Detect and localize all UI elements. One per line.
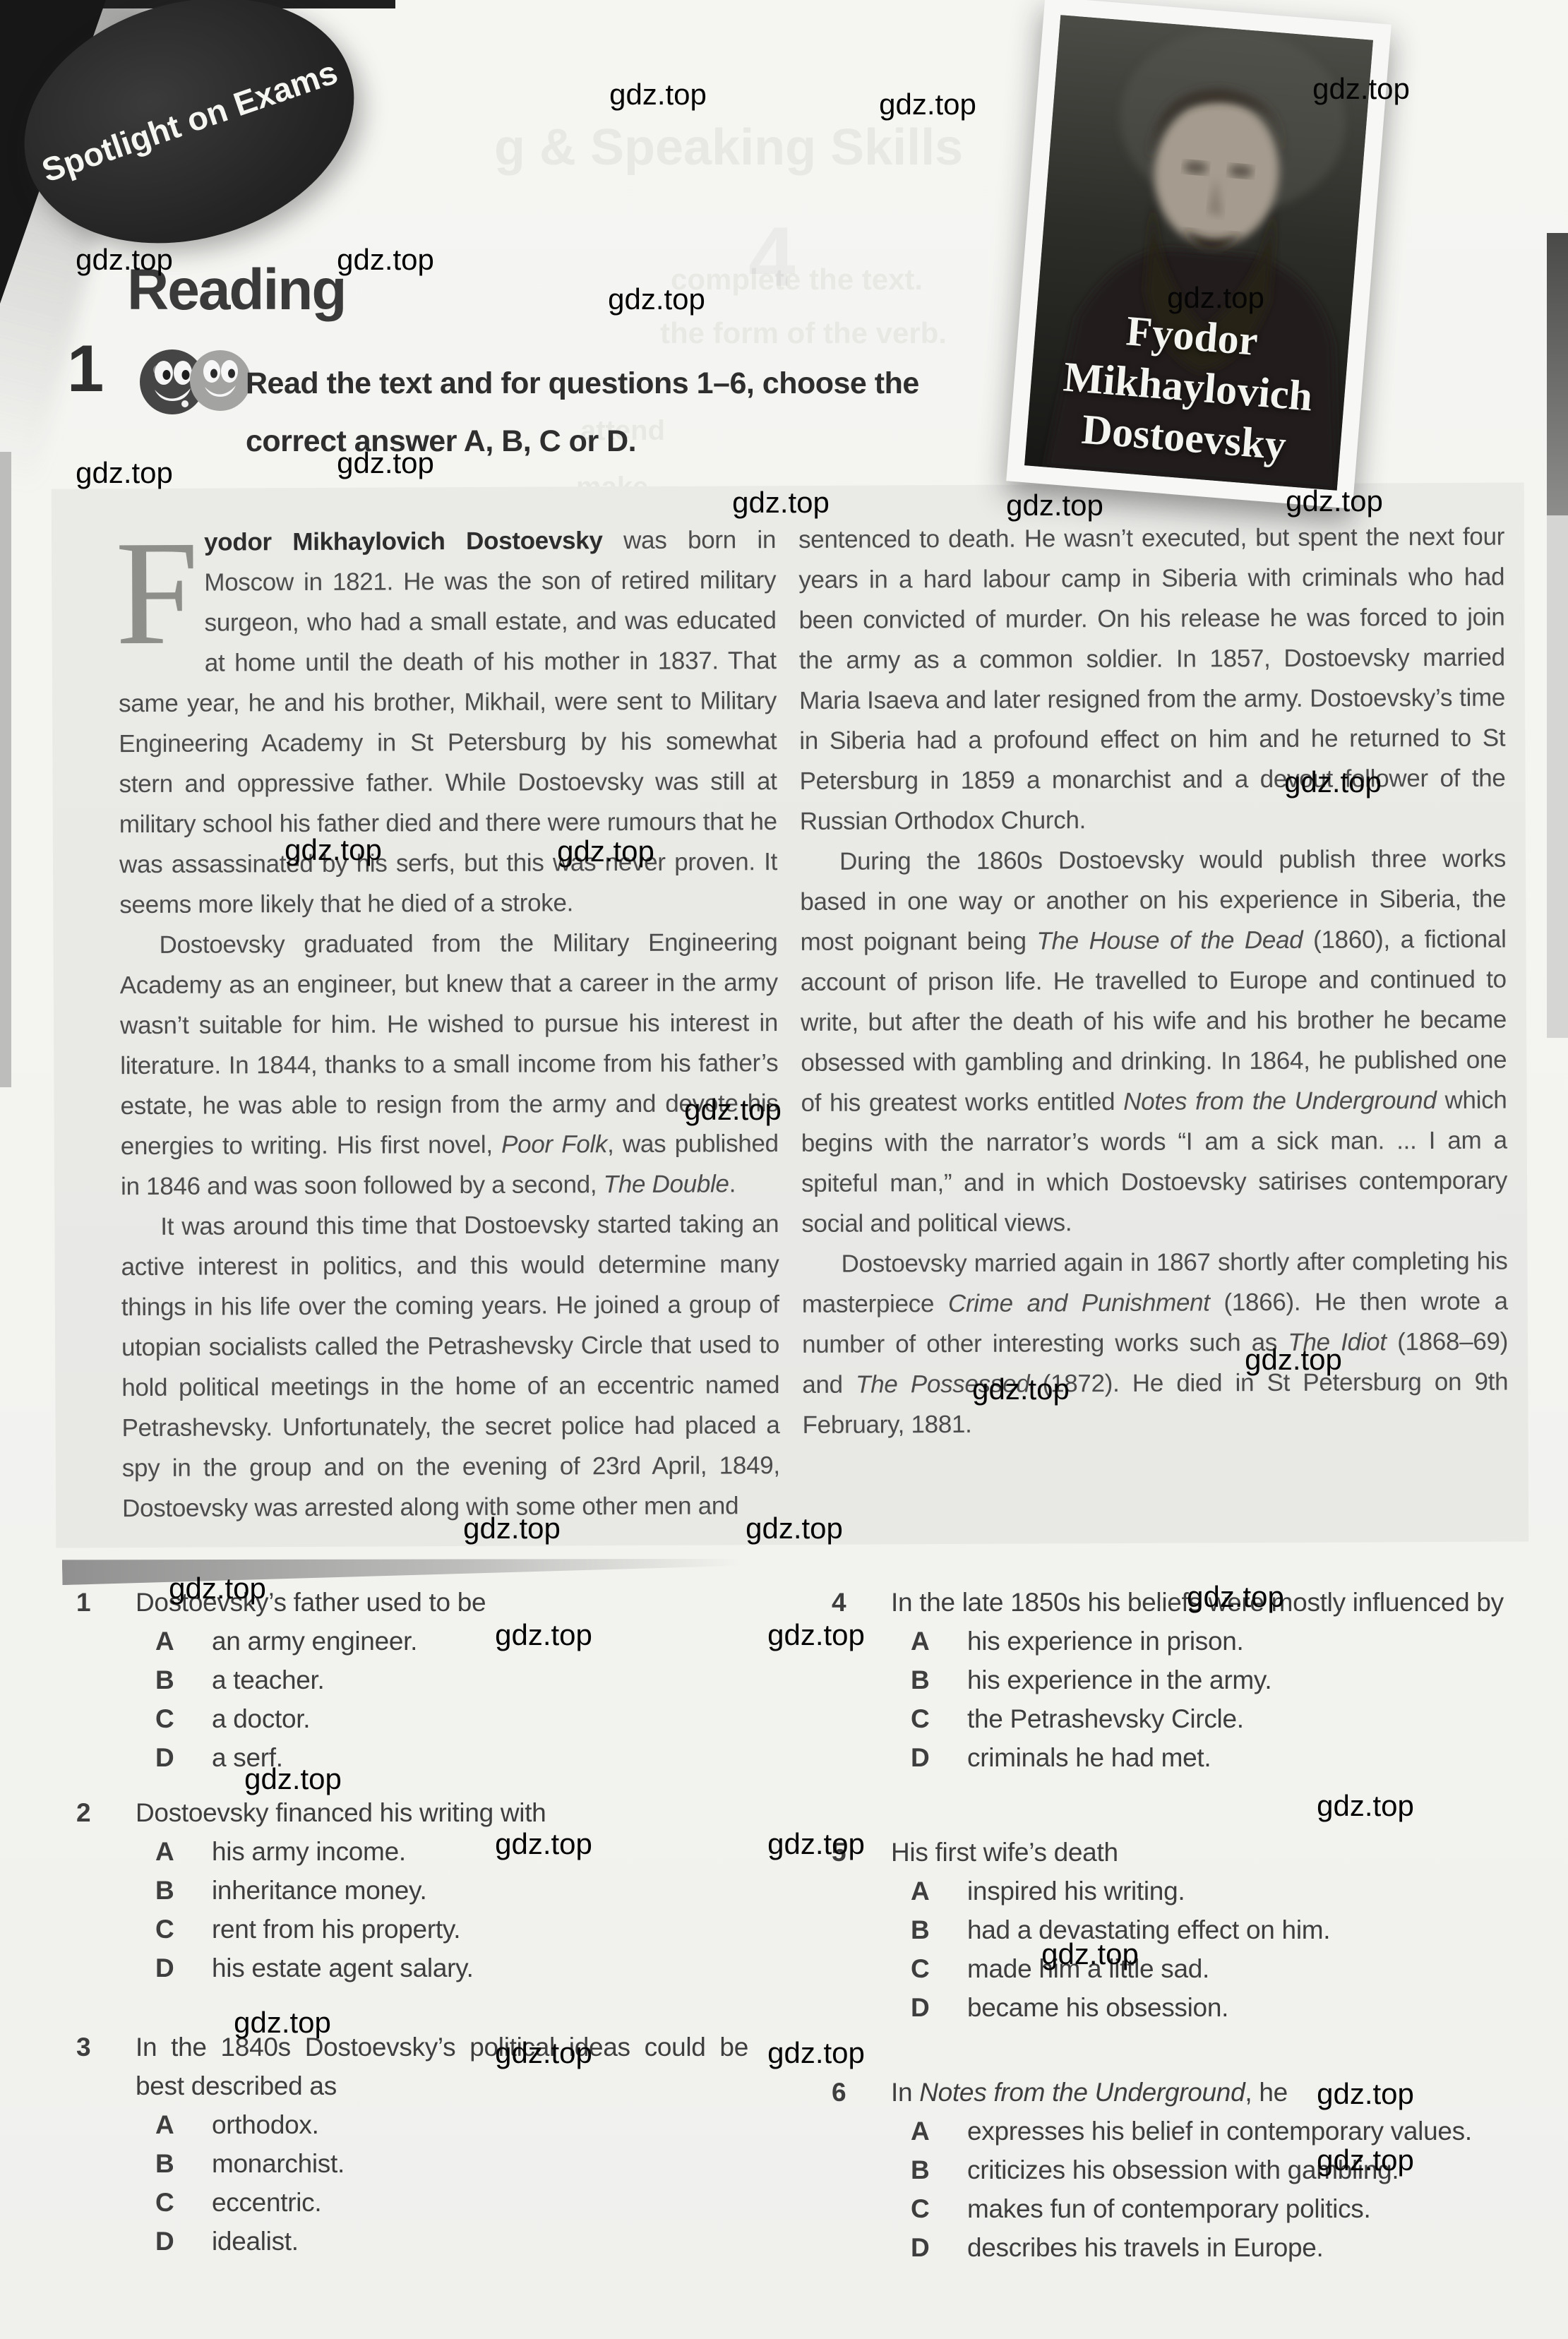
passage-paragraph: During the 1860s Dostoevsky would publis…	[800, 839, 1507, 1244]
gdz-watermark: gdz.top	[337, 446, 434, 480]
option-text: monarchist.	[212, 2144, 748, 2183]
gdz-watermark: gdz.top	[1041, 1937, 1139, 1971]
option-text: inspired his writing.	[967, 1872, 1504, 1910]
option-text: his estate agent salary.	[212, 1949, 748, 1987]
question-stem: Dostoevsky financed his writing with	[136, 1793, 748, 1832]
question-block-5: 5 His first wife’s death Ainspired his w…	[832, 1833, 1504, 2027]
option-letter: B	[911, 1910, 967, 1949]
exercise-number: 1	[67, 330, 104, 407]
gdz-watermark: gdz.top	[684, 1093, 782, 1127]
option-text: inheritance money.	[212, 1871, 748, 1910]
option-letter: A	[155, 1832, 212, 1871]
option-text: makes fun of contemporary politics.	[967, 2189, 1504, 2228]
option-letter: C	[911, 1699, 967, 1738]
answer-option-D: Dhis estate agent salary.	[155, 1949, 748, 1987]
gdz-watermark: gdz.top	[767, 2036, 865, 2070]
text-segment: was born in Moscow in 1821. He was the s…	[119, 526, 777, 919]
question-number: 1	[76, 1583, 136, 1622]
gdz-watermark: gdz.top	[732, 486, 830, 520]
text-segment: Poor Folk	[501, 1130, 607, 1159]
option-letter: C	[155, 1910, 212, 1949]
option-letter: C	[911, 2189, 967, 2228]
option-text: criticizes his obsession with gambling.	[967, 2150, 1504, 2189]
answer-option-D: Ddescribes his travels in Europe.	[911, 2228, 1504, 2267]
option-text: criminals he had met.	[967, 1738, 1504, 1777]
gdz-watermark: gdz.top	[234, 2006, 331, 2040]
question-number: 6	[832, 2073, 891, 2112]
text-segment: Notes from the Underground	[1123, 1087, 1437, 1115]
gdz-watermark: gdz.top	[337, 243, 434, 277]
gdz-watermark: gdz.top	[463, 1512, 561, 1545]
option-letter: B	[155, 2144, 212, 2183]
gdz-watermark: gdz.top	[557, 834, 654, 868]
option-text: orthodox.	[212, 2105, 748, 2144]
passage-paragraph: Dostoevsky graduated from the Military E…	[119, 922, 779, 1207]
option-text: eccentric.	[212, 2183, 748, 2222]
gdz-watermark: gdz.top	[1245, 1343, 1342, 1377]
gdz-watermark: gdz.top	[767, 1618, 865, 1652]
answer-option-A: Ainspired his writing.	[911, 1872, 1504, 1910]
gdz-watermark: gdz.top	[972, 1372, 1070, 1406]
gdz-watermark: gdz.top	[1317, 2077, 1414, 2111]
page-left-edge-shadow	[0, 452, 11, 1087]
answer-option-C: Cmakes fun of contemporary politics.	[911, 2189, 1504, 2228]
option-letter: D	[911, 2228, 967, 2267]
option-letter: A	[155, 1622, 212, 1661]
gdz-watermark: gdz.top	[746, 1512, 843, 1545]
option-text: his army income.	[212, 1832, 748, 1871]
text-segment: yodor Mikhaylovich Dostoevsky	[204, 527, 603, 556]
text-segment: .	[729, 1170, 736, 1197]
passage-paragraph: Dostoevsky married again in 1867 shortly…	[801, 1241, 1508, 1445]
answer-option-A: Aan army engineer.	[155, 1622, 748, 1661]
text-segment: In the 1840s Dostoevsky’s political idea…	[136, 2033, 748, 2100]
answer-option-B: Binheritance money.	[155, 1871, 748, 1910]
badge-label: Spotlight on Exams	[37, 52, 342, 190]
gdz-watermark: gdz.top	[879, 88, 976, 121]
option-letter: C	[911, 1949, 967, 1988]
question-number: 2	[76, 1793, 136, 1832]
option-letter: A	[911, 1622, 967, 1661]
option-letter: D	[155, 2222, 212, 2261]
answer-option-C: Cthe Petrashevsky Circle.	[911, 1699, 1504, 1738]
option-letter: B	[911, 1661, 967, 1699]
answer-option-D: Didealist.	[155, 2222, 748, 2261]
option-text: expresses his belief in contemporary val…	[967, 2112, 1504, 2150]
answer-option-C: Crent from his property.	[155, 1910, 748, 1949]
answer-option-A: Ahis army income.	[155, 1832, 748, 1871]
passage-paragraph: sentenced to death. He wasn’t executed, …	[798, 517, 1506, 842]
drop-cap: F	[115, 527, 191, 683]
passage-column-left: Fyodor Mikhaylovich Dostoevsky was born …	[118, 520, 780, 1529]
gdz-watermark: gdz.top	[1317, 2143, 1414, 2177]
question-number: 3	[76, 2028, 136, 2105]
gdz-watermark: gdz.top	[169, 1572, 266, 1605]
gdz-watermark: gdz.top	[767, 1827, 865, 1861]
gdz-watermark: gdz.top	[495, 2036, 592, 2070]
text-segment: It was around this time that Dostoevsky …	[121, 1210, 779, 1522]
page-right-edge-dark	[1547, 233, 1568, 515]
difficulty-smileys-icon	[137, 343, 258, 418]
option-letter: D	[911, 1988, 967, 2027]
option-letter: B	[155, 1661, 212, 1699]
question-stem: His first wife’s death	[891, 1833, 1504, 1872]
text-segment: sentenced to death. He wasn’t executed, …	[798, 523, 1506, 835]
question-block-1: 1 Dostoevsky’s father used to be Aan arm…	[76, 1583, 748, 1777]
bleed-through-text: complete the text.	[671, 263, 923, 297]
photo-caption: Fyodor Mikhaylovich Dostoevsky	[1026, 298, 1351, 475]
answer-option-C: Cmade him a little sad.	[911, 1949, 1504, 1988]
text-segment: Dostoevsky graduated from the Military E…	[120, 928, 779, 1160]
option-text: rent from his property.	[212, 1910, 748, 1949]
bleed-through-text: the form of the verb.	[660, 316, 947, 350]
gdz-watermark: gdz.top	[1317, 1789, 1414, 1823]
answer-option-D: Dbecame his obsession.	[911, 1988, 1504, 2027]
answer-options: Aan army engineer.Ba teacher.Ca doctor.D…	[155, 1622, 748, 1777]
answer-options: Aexpresses his belief in contemporary va…	[911, 2112, 1504, 2267]
question-stem: In the 1840s Dostoevsky’s political idea…	[136, 2028, 748, 2105]
option-letter: B	[155, 1871, 212, 1910]
gdz-watermark: gdz.top	[1312, 72, 1410, 106]
gdz-watermark: gdz.top	[1167, 281, 1264, 315]
option-text: became his obsession.	[967, 1988, 1504, 2027]
option-text: the Petrashevsky Circle.	[967, 1699, 1504, 1738]
gdz-watermark: gdz.top	[244, 1762, 342, 1796]
option-letter: B	[911, 2150, 967, 2189]
answer-option-B: Ba teacher.	[155, 1661, 748, 1699]
passage-paragraph: Fyodor Mikhaylovich Dostoevsky was born …	[118, 520, 777, 925]
answer-option-B: Bmonarchist.	[155, 2144, 748, 2183]
answer-options: Ahis army income.Binheritance money.Cren…	[155, 1832, 748, 1987]
answer-option-D: Dcriminals he had met.	[911, 1738, 1504, 1777]
option-text: an army engineer.	[212, 1622, 748, 1661]
text-segment: , he	[1245, 2078, 1288, 2107]
passage-paragraph: It was around this time that Dostoevsky …	[121, 1204, 780, 1529]
answer-option-C: Ca doctor.	[155, 1699, 748, 1738]
option-letter: A	[911, 1872, 967, 1910]
text-segment: His first wife’s death	[891, 1838, 1118, 1867]
page-right-edge-light	[1547, 515, 1568, 1038]
option-letter: D	[911, 1738, 967, 1777]
option-text: his experience in prison.	[967, 1622, 1504, 1661]
gdz-watermark: gdz.top	[1187, 1580, 1284, 1614]
gdz-watermark: gdz.top	[608, 282, 705, 316]
option-letter: C	[155, 1699, 212, 1738]
answer-option-B: Bhad a devastating effect on him.	[911, 1910, 1504, 1949]
passage-column-right: sentenced to death. He wasn’t executed, …	[798, 517, 1509, 1445]
option-text: a doctor.	[212, 1699, 748, 1738]
gdz-watermark: gdz.top	[1286, 484, 1383, 518]
gdz-watermark: gdz.top	[76, 243, 173, 277]
gdz-watermark: gdz.top	[495, 1827, 592, 1861]
option-text: idealist.	[212, 2222, 748, 2261]
text-segment: Dostoevsky financed his writing with	[136, 1798, 546, 1827]
answer-option-B: Bcriticizes his obsession with gambling.	[911, 2150, 1504, 2189]
answer-options: Ahis experience in prison.Bhis experienc…	[911, 1622, 1504, 1777]
answer-option-A: Ahis experience in prison.	[911, 1622, 1504, 1661]
text-segment: Notes from the Underground	[919, 2078, 1245, 2107]
text-segment: In	[891, 2078, 919, 2107]
answer-option-C: Ceccentric.	[155, 2183, 748, 2222]
question-block-3: 3 In the 1840s Dostoevsky’s political id…	[76, 2028, 748, 2261]
bleed-through-text: g & Speaking Skills	[494, 119, 963, 177]
reading-passage-box: Fyodor Mikhaylovich Dostoevsky was born …	[52, 482, 1529, 1548]
gdz-watermark: gdz.top	[495, 1618, 592, 1652]
text-segment: Crime and Punishment	[948, 1288, 1210, 1317]
scanned-textbook-page: g & Speaking Skills4complete the text.th…	[0, 0, 1568, 2339]
answer-option-A: Aexpresses his belief in contemporary va…	[911, 2112, 1504, 2150]
option-text: describes his travels in Europe.	[967, 2228, 1504, 2267]
option-letter: D	[155, 1949, 212, 1987]
gdz-watermark: gdz.top	[609, 78, 707, 112]
gdz-watermark: gdz.top	[76, 456, 173, 490]
answer-option-A: Aorthodox.	[155, 2105, 748, 2144]
gdz-watermark: gdz.top	[1006, 489, 1103, 522]
answer-options: Ainspired his writing.Bhad a devastating…	[911, 1872, 1504, 2027]
gdz-watermark: gdz.top	[285, 833, 382, 867]
option-letter: C	[155, 2183, 212, 2222]
option-letter: D	[155, 1738, 212, 1777]
question-block-4: 4 In the late 1850s his beliefs were mos…	[832, 1583, 1504, 1777]
option-letter: A	[155, 2105, 212, 2144]
answer-option-B: Bhis experience in the army.	[911, 1661, 1504, 1699]
gdz-watermark: gdz.top	[1284, 765, 1382, 799]
question-block-2: 2 Dostoevsky financed his writing with A…	[76, 1793, 748, 1987]
option-text: his experience in the army.	[967, 1661, 1504, 1699]
question-number: 4	[832, 1583, 891, 1622]
text-segment: The House of the Dead	[1036, 926, 1303, 955]
answer-options: Aorthodox.Bmonarchist.Ceccentric.Dideali…	[155, 2105, 748, 2261]
option-letter: A	[911, 2112, 967, 2150]
text-segment: The Double	[604, 1170, 729, 1198]
option-text: a teacher.	[212, 1661, 748, 1699]
